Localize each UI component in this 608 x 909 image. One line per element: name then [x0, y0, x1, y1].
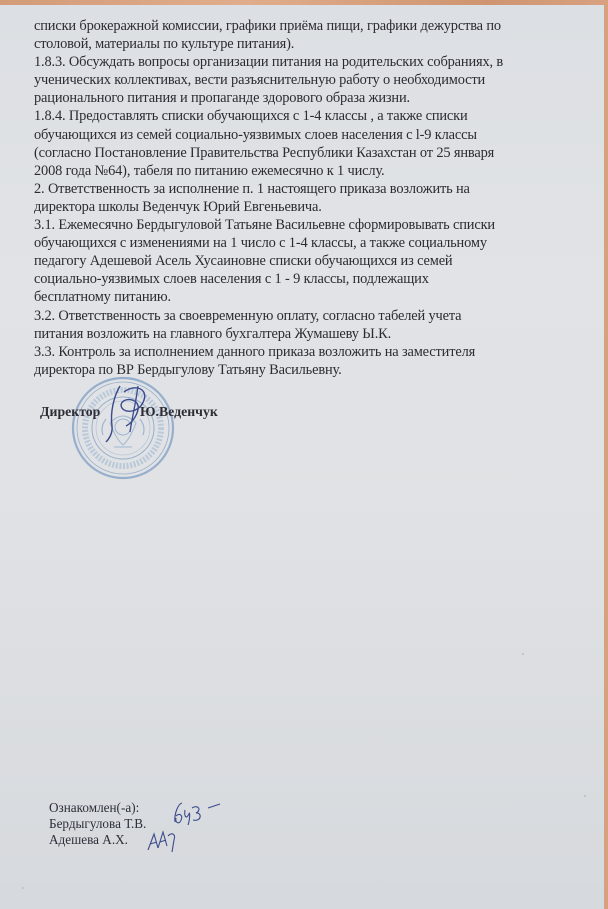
order-body-text: списки брокеражной комиссии, графики при…	[34, 17, 574, 379]
text-line: 2008 года №64), табеля по питанию ежемес…	[34, 162, 574, 180]
paper-speck	[522, 653, 524, 655]
signatory-name: Ю.Веденчук	[140, 404, 218, 420]
acknowledged-person: Адешева А.Х.	[49, 832, 146, 848]
text-line: бесплатному питанию.	[34, 288, 574, 306]
text-line: питания возложить на главного бухгалтера…	[34, 325, 574, 343]
text-line: ученических коллективах, вести разъяснит…	[34, 71, 574, 89]
text-line: директора школы Веденчук Юрий Евгеньевич…	[34, 198, 574, 216]
text-line: педагогу Адешевой Асель Хусаиновне списк…	[34, 252, 574, 270]
text-line: обучающихся с изменениями на 1 число с 1…	[34, 234, 574, 252]
acknowledgement-block: Ознакомлен(-а): Бердыгулова Т.В. Адешева…	[49, 800, 146, 848]
clause-3-2: 3.2. Ответственность за своевременную оп…	[34, 307, 574, 325]
text-line: социально-уязвимых слоев населения с 1 -…	[34, 270, 574, 288]
text-line: обучающихся из семей социально-уязвимых …	[34, 126, 574, 144]
clause-2: 2. Ответственность за исполнение п. 1 на…	[34, 180, 574, 198]
text-line: (согласно Постановление Правительства Ре…	[34, 144, 574, 162]
paper-speck	[584, 795, 586, 797]
acknowledgement-heading: Ознакомлен(-а):	[49, 800, 146, 816]
text-line: списки брокеражной комиссии, графики при…	[34, 17, 574, 35]
text-line: рационального питания и пропаганде здоро…	[34, 89, 574, 107]
paper-speck	[22, 887, 24, 889]
text-line: столовой, материалы по культуре питания)…	[34, 35, 574, 53]
handwritten-initials-icon	[172, 800, 222, 826]
clause-3-1: 3.1. Ежемесячно Бердыгуловой Татьяне Вас…	[34, 216, 574, 234]
clause-1-8-3: 1.8.3. Обсуждать вопросы организации пит…	[34, 53, 574, 71]
signatory-title: Директор	[40, 404, 100, 420]
handwritten-initials-icon	[146, 826, 180, 854]
clause-1-8-4: 1.8.4. Предоставлять списки обучающихся …	[34, 107, 574, 125]
table-surface-right	[604, 0, 608, 909]
clause-3-3: 3.3. Контроль за исполнением данного при…	[34, 343, 574, 361]
acknowledged-person: Бердыгулова Т.В.	[49, 816, 146, 832]
